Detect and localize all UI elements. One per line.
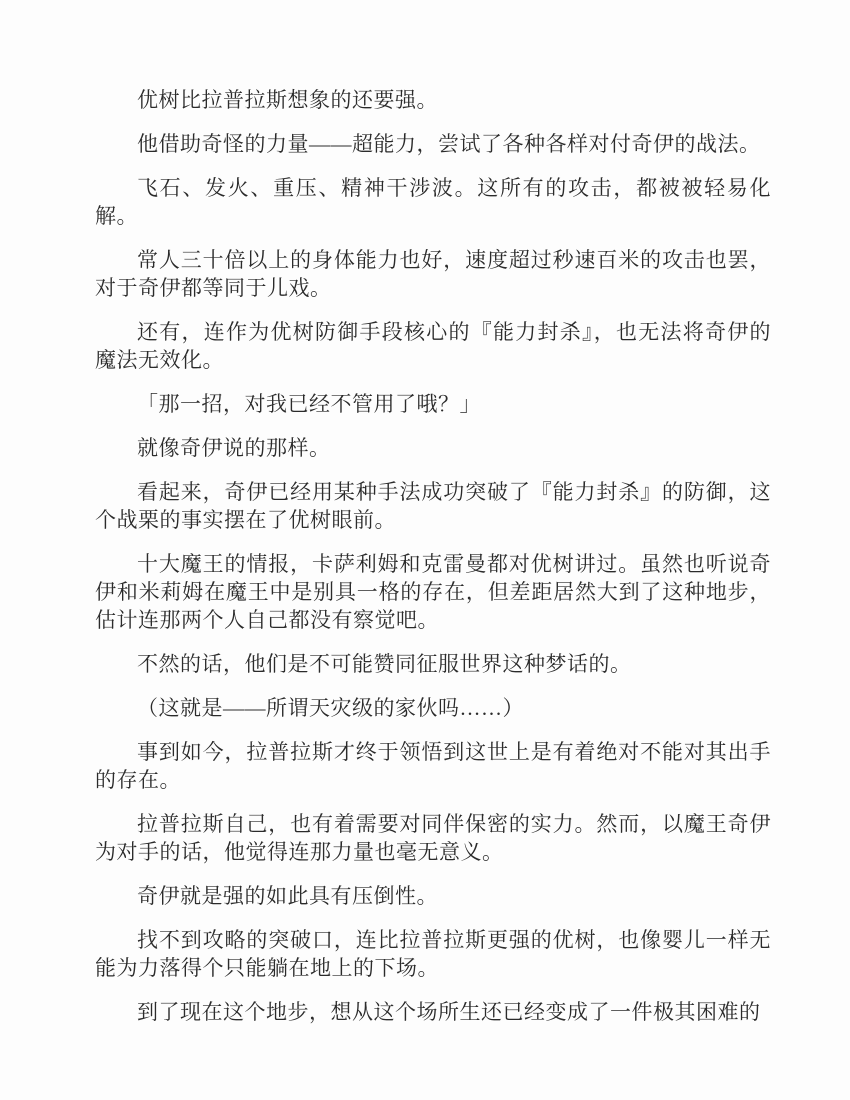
paragraph-dialogue: 「那一招，对我已经不管用了哦？」	[95, 390, 771, 418]
paragraph: 到了现在这个地步，想从这个场所生还已经变成了一件极其困难的	[95, 998, 771, 1026]
paragraph: 他借助奇怪的力量——超能力，尝试了各种各样对付奇伊的战法。	[95, 130, 771, 158]
paragraph: 十大魔王的情报，卡萨利姆和克雷曼都对优树讲过。虽然也听说奇伊和米莉姆在魔王中是别…	[95, 550, 771, 634]
paragraph: 奇伊就是强的如此具有压倒性。	[95, 882, 771, 910]
paragraph: 常人三十倍以上的身体能力也好，速度超过秒速百米的攻击也罢，对于奇伊都等同于儿戏。	[95, 246, 771, 302]
paragraph-thought: （这就是——所谓天灾级的家伙吗……）	[95, 694, 771, 722]
paragraph: 优树比拉普拉斯想象的还要强。	[95, 86, 771, 114]
paragraph: 还有，连作为优树防御手段核心的『能力封杀』，也无法将奇伊的魔法无效化。	[95, 318, 771, 374]
paragraph: 事到如今，拉普拉斯才终于领悟到这世上是有着绝对不能对其出手的存在。	[95, 738, 771, 794]
paragraph: 看起来，奇伊已经用某种手法成功突破了『能力封杀』的防御，这个战栗的事实摆在了优树…	[95, 478, 771, 534]
paragraph: 飞石、发火、重压、精神干涉波。这所有的攻击，都被被轻易化解。	[95, 174, 771, 230]
paragraph: 找不到攻略的突破口，连比拉普拉斯更强的优树，也像婴儿一样无能为力落得个只能躺在地…	[95, 926, 771, 982]
novel-page-text: 优树比拉普拉斯想象的还要强。 他借助奇怪的力量——超能力，尝试了各种各样对付奇伊…	[95, 86, 771, 1042]
paragraph: 就像奇伊说的那样。	[95, 434, 771, 462]
paragraph: 拉普拉斯自己，也有着需要对同伴保密的实力。然而，以魔王奇伊为对手的话，他觉得连那…	[95, 810, 771, 866]
paragraph: 不然的话，他们是不可能赞同征服世界这种梦话的。	[95, 650, 771, 678]
